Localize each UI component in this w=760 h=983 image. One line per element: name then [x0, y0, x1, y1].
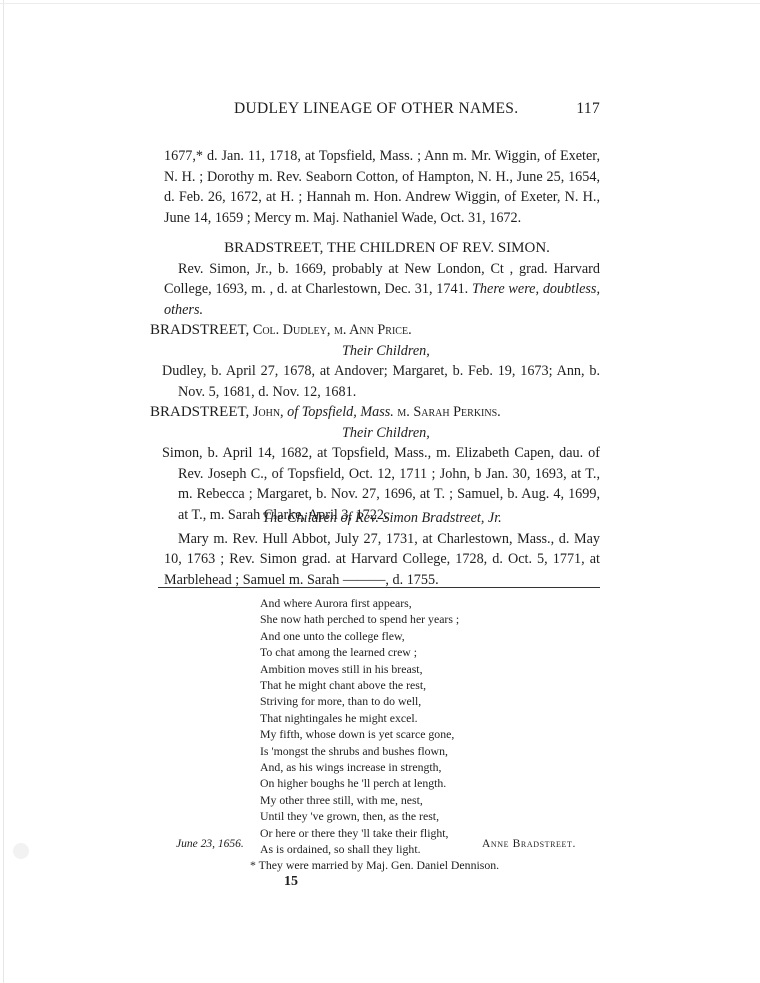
- poem-line: As is ordained, so shall they light.: [260, 841, 459, 857]
- poem-line: My other three still, with me, nest,: [260, 792, 459, 808]
- running-head: DUDLEY LINEAGE OF OTHER NAMES. 117: [164, 100, 600, 120]
- poem-line: Or here or there they 'll take their fli…: [260, 825, 459, 841]
- section-heading: The Children of Rev. Simon Bradstreet, J…: [164, 508, 600, 529]
- poem-line: Is 'mongst the shrubs and bushes flown,: [260, 743, 459, 759]
- footnote: * They were married by Maj. Gen. Daniel …: [250, 858, 499, 873]
- poem-line: To chat among the learned crew ;: [260, 644, 459, 660]
- scan-smudge: [13, 843, 29, 859]
- poem-date: June 23, 1656.: [176, 838, 244, 850]
- poem: And where Aurora first appears, She now …: [260, 595, 459, 858]
- poem-line: Until they 've grown, then, as the rest,: [260, 808, 459, 824]
- poem-line: And, as his wings increase in strength,: [260, 759, 459, 775]
- poem-line: She now hath perched to spend her years …: [260, 611, 459, 627]
- heading-surname: BRADSTREET,: [150, 322, 249, 338]
- section-text: Mary m. Rev. Hull Abbot, July 27, 1731, …: [164, 529, 600, 591]
- running-head-title: DUDLEY LINEAGE OF OTHER NAMES.: [234, 100, 518, 118]
- heading-spouse: m. Sarah Perkins.: [397, 404, 500, 420]
- subheading: Their Children,: [164, 341, 600, 362]
- section-heading: BRADSTREET, John, of Topsfield, Mass. m.…: [150, 402, 600, 423]
- subheading: Their Children,: [164, 423, 600, 444]
- horizontal-rule: [158, 587, 600, 588]
- poem-line: And one unto the college flew,: [260, 628, 459, 644]
- heading-name: John,: [253, 404, 284, 420]
- scan-edge-line-top: [0, 3, 760, 4]
- printer-signature-mark: 15: [284, 874, 298, 890]
- page-number: 117: [576, 100, 600, 118]
- poem-line: My fifth, whose down is yet scarce gone,: [260, 726, 459, 742]
- section-col-dudley: BRADSTREET, Col. Dudley, m. Ann Price. T…: [164, 320, 600, 402]
- section-text: Dudley, b. April 27, 1678, at Andover; M…: [164, 361, 600, 402]
- poem-line: That he might chant above the rest,: [260, 677, 459, 693]
- poem-line: On higher boughs he 'll perch at length.: [260, 775, 459, 791]
- intro-paragraph: 1677,* d. Jan. 11, 1718, at Topsfield, M…: [164, 146, 600, 228]
- heading-rest: Col. Dudley, m. Ann Price.: [253, 322, 412, 338]
- scan-edge-line: [3, 0, 4, 983]
- heading-place: of Topsfield, Mass.: [287, 404, 394, 420]
- heading-surname: BRADSTREET,: [150, 404, 249, 420]
- section-children-of-rev-simon: BRADSTREET, THE CHILDREN OF REV. SIMON. …: [164, 238, 600, 320]
- section-children-simon-jr: The Children of Rev. Simon Bradstreet, J…: [164, 508, 600, 590]
- intro-text: 1677,* d. Jan. 11, 1718, at Topsfield, M…: [164, 146, 600, 228]
- section-heading: BRADSTREET, Col. Dudley, m. Ann Price.: [150, 320, 600, 341]
- poem-line: Ambition moves still in his breast,: [260, 661, 459, 677]
- poem-line: Striving for more, than to do well,: [260, 693, 459, 709]
- section-text: Rev. Simon, Jr., b. 1669, probably at Ne…: [164, 259, 600, 321]
- poem-author: Anne Bradstreet.: [482, 838, 576, 850]
- poem-line: That nightingales he might excel.: [260, 710, 459, 726]
- poem-line: And where Aurora first appears,: [260, 595, 459, 611]
- section-heading: BRADSTREET, THE CHILDREN OF REV. SIMON.: [164, 238, 600, 259]
